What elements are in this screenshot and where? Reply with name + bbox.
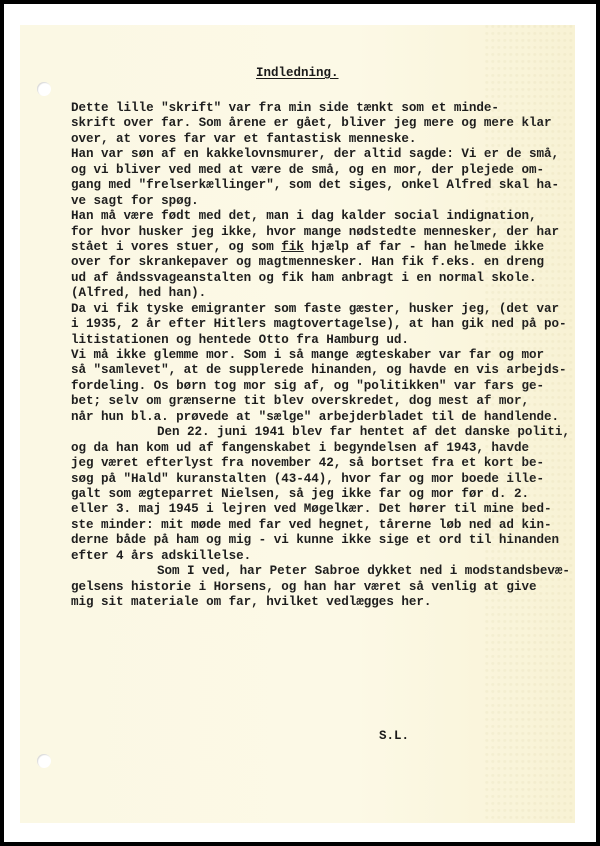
text-line: Den 22. juni 1941 blev far hentet af det… bbox=[71, 425, 581, 440]
paragraph: Da vi fik tyske emigranter som faste gæs… bbox=[71, 302, 581, 348]
text-line: søg på "Hald" kuranstalten (43-44), hvor… bbox=[71, 472, 581, 487]
text-line: Han må være født med det, man i dag kald… bbox=[71, 209, 581, 224]
text-line: galt som ægteparret Nielsen, så jeg ikke… bbox=[71, 487, 581, 502]
text-line: ve sagt for spøg. bbox=[71, 194, 581, 209]
text-line: over for skrankepaver og magtmennesker. … bbox=[71, 255, 581, 270]
paragraph: Den 22. juni 1941 blev far hentet af det… bbox=[71, 425, 581, 564]
text-line: gang med "frelserkællinger", som det sig… bbox=[71, 178, 581, 193]
text-line: i 1935, 2 år efter Hitlers magtovertagel… bbox=[71, 317, 581, 332]
text-line: Han var søn af en kakkelovnsmurer, der a… bbox=[71, 147, 581, 162]
typewritten-page: Indledning. Dette lille "skrift" var fra… bbox=[20, 25, 575, 823]
body-text: Dette lille "skrift" var fra min side tæ… bbox=[71, 101, 581, 610]
underlined-word: fik bbox=[281, 240, 304, 254]
text-line: Da vi fik tyske emigranter som faste gæs… bbox=[71, 302, 581, 317]
text-line: når hun bl.a. prøvede at "sælge" arbejde… bbox=[71, 410, 581, 425]
text-line: efter 4 års adskillelse. bbox=[71, 549, 581, 564]
text-line: for hvor husker jeg ikke, hvor mange nød… bbox=[71, 225, 581, 240]
text-line: Vi må ikke glemme mor. Som i så mange æg… bbox=[71, 348, 581, 363]
text-line: skrift over far. Som årene er gået, bliv… bbox=[71, 116, 581, 131]
text-line: og da han kom ud af fangenskabet i begyn… bbox=[71, 441, 581, 456]
text-line: bet; selv om grænserne tit blev overskre… bbox=[71, 394, 581, 409]
text-line: litistationen og hentede Otto fra Hambur… bbox=[71, 333, 581, 348]
paragraph: Han var søn af en kakkelovnsmurer, der a… bbox=[71, 147, 581, 209]
text-line: Som I ved, har Peter Sabroe dykket ned i… bbox=[71, 564, 581, 579]
paragraph: Som I ved, har Peter Sabroe dykket ned i… bbox=[71, 564, 581, 610]
text-line: ste minder: mit møde med far ved hegnet,… bbox=[71, 518, 581, 533]
text-line: og vi bliver ved med at være de små, og … bbox=[71, 163, 581, 178]
punch-hole-top bbox=[37, 82, 51, 96]
text-line: (Alfred, hed han). bbox=[71, 286, 581, 301]
text-line: over, at vores far var et fantastisk men… bbox=[71, 132, 581, 147]
paragraph: Dette lille "skrift" var fra min side tæ… bbox=[71, 101, 581, 147]
paragraph: Vi må ikke glemme mor. Som i så mange æg… bbox=[71, 348, 581, 425]
text-line: mig sit materiale om far, hvilket vedlæg… bbox=[71, 595, 581, 610]
text-line: Dette lille "skrift" var fra min side tæ… bbox=[71, 101, 581, 116]
punch-hole-bottom bbox=[37, 754, 51, 768]
paragraph: Han må være født med det, man i dag kald… bbox=[71, 209, 581, 302]
scan-frame: Indledning. Dette lille "skrift" var fra… bbox=[4, 4, 596, 842]
text-line: stået i vores stuer, og som fik hjælp af… bbox=[71, 240, 581, 255]
text-line: eller 3. maj 1945 i lejren ved Møgelkær.… bbox=[71, 502, 581, 517]
text-line: jeg været efterlyst fra november 42, så … bbox=[71, 456, 581, 471]
text-line: gelsens historie i Horsens, og han har v… bbox=[71, 580, 581, 595]
page-title: Indledning. bbox=[256, 66, 339, 80]
text-line: fordeling. Os børn tog mor sig af, og "p… bbox=[71, 379, 581, 394]
signature: S.L. bbox=[379, 729, 409, 743]
text-line: så "samlevet", at de supplerede hinanden… bbox=[71, 363, 581, 378]
text-line: ud af åndssvageanstalten og fik ham anbr… bbox=[71, 271, 581, 286]
text-line: derne både på ham og mig - vi kunne ikke… bbox=[71, 533, 581, 548]
